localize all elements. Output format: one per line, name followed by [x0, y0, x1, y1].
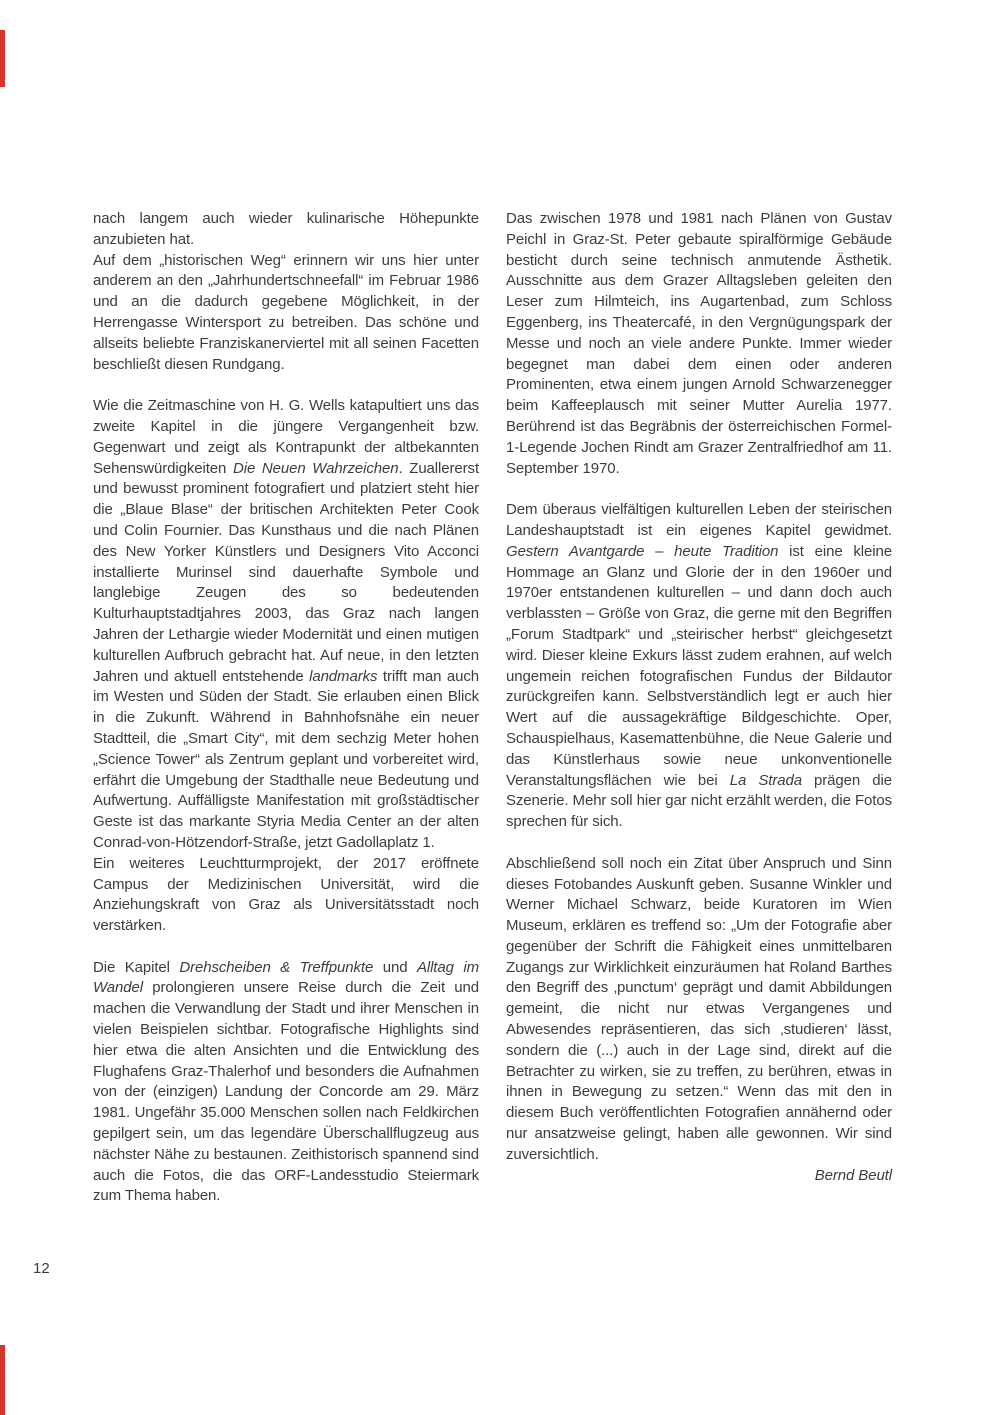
- text-segment: ist eine kleine Hommage an Glanz und Glo…: [506, 543, 892, 789]
- text-segment: prolongieren unsere Reise durch die Zeit…: [93, 979, 479, 1204]
- paragraph: Abschließend soll noch ein Zitat über An…: [506, 854, 892, 1166]
- paragraph: Wie die Zeitmaschine von H. G. Wells kat…: [93, 396, 479, 854]
- paragraph: Bernd Beutl: [506, 1166, 892, 1187]
- text-segment-italic: Bernd Beutl: [815, 1167, 892, 1184]
- red-crop-mark-bottom: [0, 1345, 5, 1415]
- text-segment: Das zwischen 1978 und 1981 nach Plänen v…: [506, 210, 892, 477]
- paragraph: nach langem auch wieder kulinarische Höh…: [93, 209, 479, 251]
- text-segment-italic: Drehscheiben & Treffpunkte: [179, 959, 373, 976]
- text-segment: Abschließend soll noch ein Zitat über An…: [506, 855, 892, 1163]
- text-segment-italic: Gestern Avantgarde – heute Tradition: [506, 543, 778, 560]
- text-segment: trifft man auch im Westen und Süden der …: [93, 668, 479, 851]
- paragraph: Die Kapitel Drehscheiben & Treffpunkte u…: [93, 958, 479, 1208]
- text-column-left: nach langem auch wieder kulinarische Höh…: [93, 209, 479, 1207]
- page-number: 12: [33, 1259, 50, 1279]
- text-segment: nach langem auch wieder kulinarische Höh…: [93, 210, 479, 248]
- text-segment: Auf dem „historischen Weg“ erinnern wir …: [93, 252, 479, 373]
- red-crop-mark-top: [0, 30, 5, 87]
- text-column-right: Das zwischen 1978 und 1981 nach Plänen v…: [506, 209, 892, 1186]
- text-segment: und: [373, 959, 417, 976]
- text-segment-italic: La Strada: [730, 772, 802, 789]
- text-segment: Ein weiteres Leuchtturmprojekt, der 2017…: [93, 855, 479, 934]
- text-segment: . Zuallererst und bewusst prominent foto…: [93, 460, 479, 685]
- paragraph: Ein weiteres Leuchtturmprojekt, der 2017…: [93, 854, 479, 937]
- text-segment: Die Kapitel: [93, 959, 179, 976]
- text-segment-italic: Die Neuen Wahrzeichen: [233, 460, 398, 477]
- paragraph: Dem überaus vielfältigen kulturellen Leb…: [506, 500, 892, 833]
- text-segment: Dem überaus vielfältigen kulturellen Leb…: [506, 501, 892, 539]
- text-segment-italic: landmarks: [309, 668, 377, 685]
- paragraph: Auf dem „historischen Weg“ erinnern wir …: [93, 251, 479, 376]
- paragraph: Das zwischen 1978 und 1981 nach Plänen v…: [506, 209, 892, 479]
